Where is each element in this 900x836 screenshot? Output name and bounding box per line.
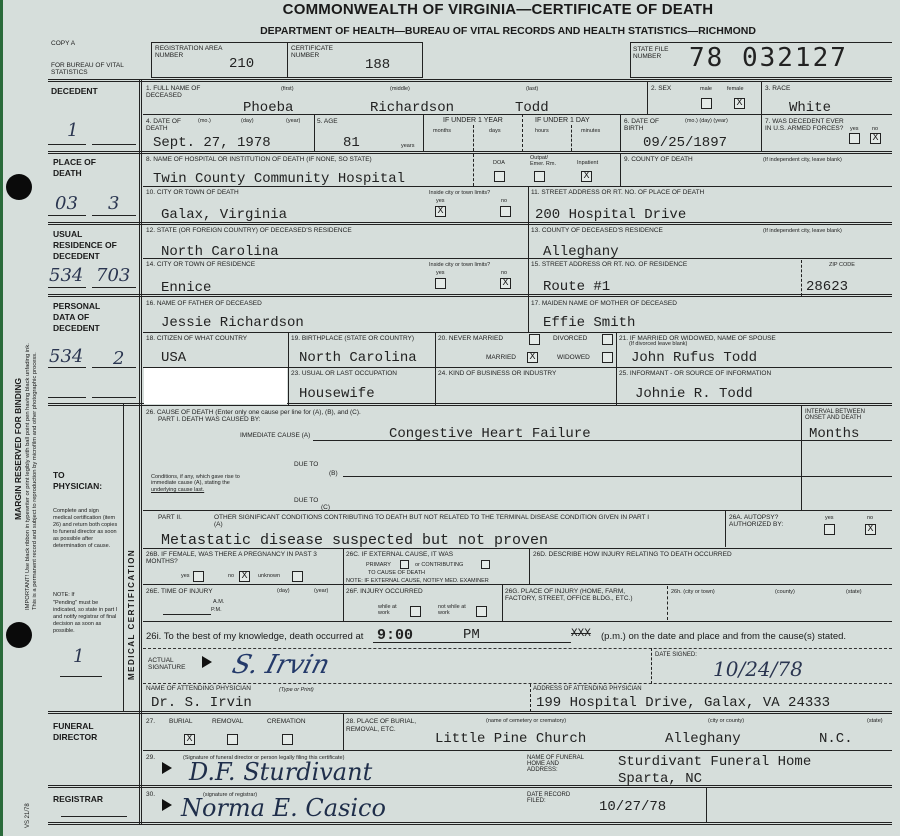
death-certificate: MARGIN RESERVED FOR BINDING IMPORTANT! U… xyxy=(0,0,900,836)
external-primary-checkbox[interactable] xyxy=(400,560,409,569)
burial-county: Alleghany xyxy=(665,731,741,747)
sign-arrow-icon xyxy=(162,799,172,811)
knowledge-statement: 26i. To the best of my knowledge, death … xyxy=(146,631,363,642)
place-code-2: 3 xyxy=(108,193,119,214)
date-of-birth: 09/25/1897 xyxy=(643,135,727,151)
external-contributing-checkbox[interactable] xyxy=(481,560,490,569)
section-decedent: DECEDENT xyxy=(51,86,98,97)
knowledge-suffix: (p.m.) on the date and place and from th… xyxy=(601,631,846,642)
never-married-checkbox[interactable] xyxy=(529,334,540,345)
copy-label: COPY A xyxy=(51,40,75,47)
pregnancy-no-checkbox[interactable]: X xyxy=(239,571,250,582)
part2-conditions: Metastatic disease suspected but not pro… xyxy=(161,532,548,549)
autopsy-yes-checkbox[interactable] xyxy=(824,524,835,535)
mother-name: Effie Smith xyxy=(543,315,635,331)
physician-code: 1 xyxy=(73,646,84,667)
funeral-home-name: Sturdivant Funeral Home xyxy=(618,754,811,770)
section-personal-data: PERSONAL DATA OF DECEDENT xyxy=(53,301,123,334)
certificate-number-value: 188 xyxy=(365,57,390,73)
place-code-1: 03 xyxy=(55,193,78,214)
hospital-name: Twin County Community Hospital xyxy=(153,171,405,187)
physician-name: Dr. S. Irvin xyxy=(151,695,252,711)
date-signed: 10/24/78 xyxy=(713,657,803,681)
widowed-checkbox[interactable] xyxy=(602,352,613,363)
binding-hole xyxy=(6,622,32,648)
citizen-country: USA xyxy=(161,350,186,366)
residence-code-2: 703 xyxy=(96,265,130,286)
burial-state: N.C. xyxy=(819,731,853,747)
certificate-number-label: CERTIFICATE NUMBER xyxy=(291,45,351,59)
removal-checkbox[interactable] xyxy=(227,734,238,745)
autopsy-no-checkbox[interactable]: X xyxy=(865,524,876,535)
occupation: Housewife xyxy=(299,386,375,402)
section-funeral-director: FUNERAL DIRECTOR xyxy=(53,721,113,743)
father-name: Jessie Richardson xyxy=(161,315,304,331)
birthplace: North Carolina xyxy=(299,350,417,366)
residence-street: Route #1 xyxy=(543,279,610,295)
outpatient-checkbox[interactable] xyxy=(534,171,545,182)
sex-male-checkbox[interactable] xyxy=(701,98,712,109)
armed-no-checkbox[interactable]: X xyxy=(870,133,881,144)
death-inside-yes-checkbox[interactable]: X xyxy=(435,206,446,217)
pregnancy-yes-checkbox[interactable] xyxy=(193,571,204,582)
decedent-code: 1 xyxy=(67,120,78,141)
redacted-field xyxy=(144,368,287,404)
struck-out: XXX xyxy=(571,628,591,640)
physician-address: 199 Hospital Drive, Galax, VA 24333 xyxy=(536,695,830,711)
residence-zip: 28623 xyxy=(806,279,848,295)
for-bureau-label: FOR BUREAU OF VITAL STATISTICS xyxy=(51,62,131,76)
margin-important-1: IMPORTANT! Use black ribbon in typewrite… xyxy=(25,343,32,610)
res-inside-no-checkbox[interactable]: X xyxy=(500,278,511,289)
personal-code-2: 2 xyxy=(113,348,124,369)
margin-binding-label: MARGIN RESERVED FOR BINDING xyxy=(13,378,24,520)
section-usual-residence: USUAL RESIDENCE OF DECEDENT xyxy=(53,229,123,262)
burial-checkbox[interactable]: X xyxy=(184,734,195,745)
death-time: 9:00 xyxy=(377,627,413,644)
state-file-value: 78 032127 xyxy=(689,43,848,73)
registrar-signature[interactable]: Norma E. Casico xyxy=(181,794,386,822)
state-file-label: STATE FILE NUMBER xyxy=(633,46,683,60)
note-text: "Pending" must be indicated, so state in… xyxy=(53,600,119,635)
injury-while-work-checkbox[interactable] xyxy=(410,606,421,617)
registration-area-label: REGISTRATION AREA NUMBER xyxy=(155,45,225,59)
document-title: COMMONWEALTH OF VIRGINIA—CERTIFICATE OF … xyxy=(3,1,900,18)
sign-arrow-icon xyxy=(162,762,172,774)
death-inside-no-checkbox[interactable] xyxy=(500,206,511,217)
sign-arrow-icon xyxy=(202,656,212,668)
date-filed: 10/27/78 xyxy=(599,799,666,815)
spouse-name: John Rufus Todd xyxy=(631,350,757,366)
form-code: VS 21/78 xyxy=(25,803,32,828)
city-of-death: Galax, Virginia xyxy=(161,207,287,223)
medical-certification-label: MEDICAL CERTIFICATION xyxy=(126,549,137,680)
sex-female-checkbox[interactable]: X xyxy=(734,98,745,109)
funeral-director-signature[interactable]: D.F. Sturdivant xyxy=(189,758,372,786)
note-label: NOTE: If xyxy=(53,592,74,599)
date-of-death: Sept. 27, 1978 xyxy=(153,135,271,151)
married-checkbox[interactable]: X xyxy=(527,352,538,363)
section-to-physician: TO PHYSICIAN: xyxy=(53,470,113,492)
doa-checkbox[interactable] xyxy=(494,171,505,182)
personal-code-1: 534 xyxy=(49,346,83,367)
residence-code-1: 534 xyxy=(49,265,83,286)
res-inside-yes-checkbox[interactable] xyxy=(435,278,446,289)
section-registrar: REGISTRAR xyxy=(53,794,103,805)
death-ampm: PM xyxy=(463,627,480,643)
cremation-checkbox[interactable] xyxy=(282,734,293,745)
pregnancy-unknown-checkbox[interactable] xyxy=(292,571,303,582)
age-value: 81 xyxy=(343,135,360,151)
registration-area-value: 210 xyxy=(229,56,254,72)
full-name-label: 1. FULL NAME OF DECEASED xyxy=(146,85,216,99)
physician-signature[interactable]: S. Irvin xyxy=(229,650,333,680)
immediate-cause: Congestive Heart Failure xyxy=(389,426,591,442)
inpatient-checkbox[interactable]: X xyxy=(581,171,592,182)
document-subtitle: DEPARTMENT OF HEALTH—BUREAU OF VITAL REC… xyxy=(3,25,900,37)
injury-not-while-work-checkbox[interactable] xyxy=(476,606,487,617)
cemetery: Little Pine Church xyxy=(435,731,586,747)
residence-city: Ennice xyxy=(161,280,211,296)
physician-instructions: Complete and sign medical certification … xyxy=(53,508,119,550)
armed-yes-checkbox[interactable] xyxy=(849,133,860,144)
binding-hole xyxy=(6,174,32,200)
funeral-home-city: Sparta, NC xyxy=(618,771,702,787)
section-place-of-death: PLACE OF DEATH xyxy=(53,157,113,179)
informant: Johnie R. Todd xyxy=(635,386,753,402)
margin-important-2: This is a permanent record and subject t… xyxy=(32,352,39,610)
death-street: 200 Hospital Drive xyxy=(535,207,686,223)
divorced-checkbox[interactable] xyxy=(602,334,613,345)
